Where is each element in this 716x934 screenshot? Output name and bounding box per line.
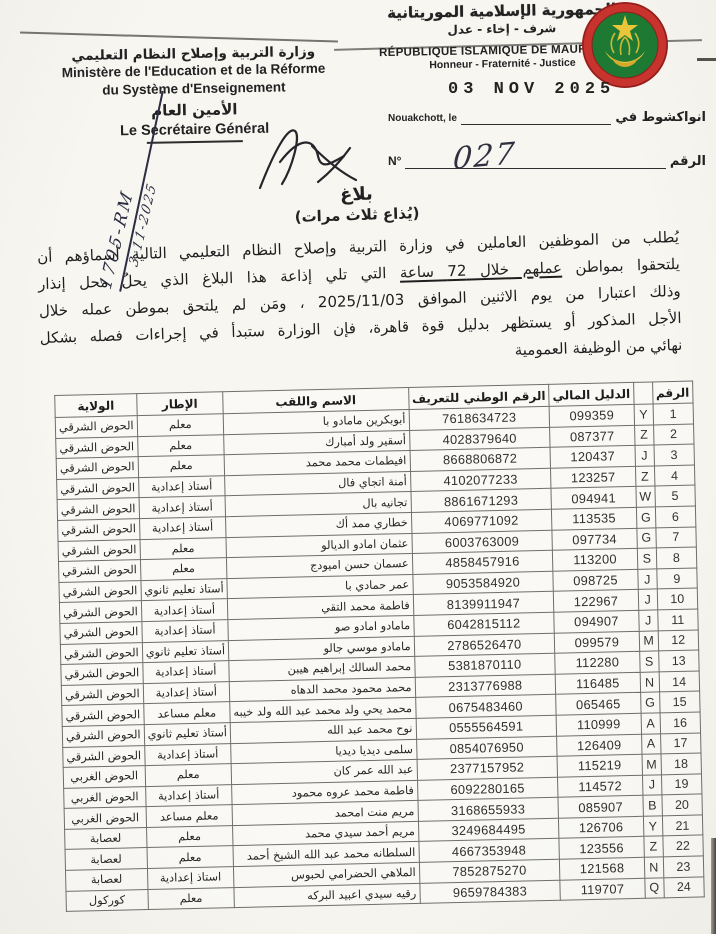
staff-table: الرقم الدليل المالي الرقم الوطني للتعريف… xyxy=(54,381,705,913)
cell-fin: 126706 xyxy=(559,816,644,839)
cell-cadre: معلم xyxy=(137,414,224,437)
cell-code: G xyxy=(640,692,659,713)
cell-n: 9 xyxy=(656,568,697,590)
header-code xyxy=(633,382,652,404)
cell-wilaya: الحوض الشرقي xyxy=(59,580,141,602)
handwritten-number: 027 xyxy=(452,136,518,177)
scan-edge-shadow xyxy=(711,838,716,934)
cell-fin: 123257 xyxy=(551,466,636,489)
cell-wilaya: الحوض الشرقي xyxy=(62,724,144,746)
cell-cadre: معلم مساعد xyxy=(146,805,233,828)
cell-wilaya: الحوض الشرقي xyxy=(60,622,142,644)
cell-cadre: أستاذ إعدادية xyxy=(138,475,225,498)
scan-fold-line-left xyxy=(20,32,338,43)
header-wilaya: الولاية xyxy=(55,394,137,418)
header-number: الرقم xyxy=(652,381,693,404)
cell-fin: 122967 xyxy=(553,590,638,613)
cell-fin: 116485 xyxy=(555,672,640,695)
cell-cadre: معلم xyxy=(138,455,225,478)
cell-cadre: معلم xyxy=(140,558,227,581)
cell-wilaya: الحوض الشرقي xyxy=(56,436,138,458)
cell-cadre: استاذ إعدادية xyxy=(147,867,234,890)
cell-fin: 126409 xyxy=(557,734,642,757)
cell-wilaya: لعصابة xyxy=(66,869,148,891)
communique-body: يُطلب من الموظفين العاملين في وزارة التر… xyxy=(37,224,683,379)
cell-n: 2 xyxy=(653,424,694,446)
cell-wilaya: لعصابة xyxy=(65,848,147,870)
cell-name: رقيه سيدي اعبيد البركه xyxy=(234,883,420,908)
cell-wilaya: الحوض الشرقي xyxy=(61,683,143,705)
cell-cadre: معلم xyxy=(148,887,235,910)
cell-code: A xyxy=(641,733,660,754)
cell-fin: 085907 xyxy=(558,796,643,819)
cell-fin: 121568 xyxy=(559,857,644,880)
cell-fin: 113200 xyxy=(552,549,637,572)
cell-code: S xyxy=(639,651,658,672)
reference-number-line: N° 027 الرقم xyxy=(388,138,706,169)
cell-code: M xyxy=(642,754,661,775)
cell-fin: 110999 xyxy=(556,713,641,736)
cell-n: 23 xyxy=(663,856,704,878)
cell-cadre: أستاذ إعدادية xyxy=(143,681,230,704)
cell-wilaya: لعصابة xyxy=(65,827,147,849)
cell-n: 14 xyxy=(659,671,700,693)
cell-wilaya: الحوض الشرقي xyxy=(61,663,143,685)
cell-wilaya: الحوض الغربي xyxy=(64,807,146,829)
cell-code: J xyxy=(639,610,658,631)
cell-fin: 094907 xyxy=(554,610,639,633)
header-financial-id: الدليل المالي xyxy=(549,382,634,406)
scanned-document-page: وزارة التربية وإصلاح النظام التعليمي Min… xyxy=(0,0,716,934)
cell-code: N xyxy=(644,857,663,878)
cell-code: J xyxy=(635,445,654,466)
cell-n: 8 xyxy=(656,547,697,569)
cell-cadre: أستاذ إعدادية xyxy=(142,620,229,643)
cell-cadre: أستاذ تعليم ثانوي xyxy=(141,578,228,601)
cell-wilaya: الحوض الشرقي xyxy=(62,704,144,726)
cell-cadre: معلم xyxy=(140,537,227,560)
cell-fin: 099359 xyxy=(549,404,634,427)
cell-nni: 9659784383 xyxy=(419,880,560,904)
cell-n: 13 xyxy=(658,650,699,672)
cell-n: 21 xyxy=(662,815,703,837)
cell-cadre: أستاذ إعدادية xyxy=(139,496,226,519)
cell-wilaya: الحوض الغربي xyxy=(63,766,145,788)
cell-wilaya: الحوض الشرقي xyxy=(57,498,139,520)
cell-wilaya: الحوض الشرقي xyxy=(57,477,139,499)
communique-section: بلاغ (يُذاع ثلاث مرات) يُطلب من الموظفين… xyxy=(35,174,682,379)
date-stamp: 03 NOV 2025 xyxy=(448,80,615,99)
cell-n: 16 xyxy=(660,712,701,734)
cell-fin: 119707 xyxy=(560,878,645,901)
cell-fin: 098725 xyxy=(553,569,638,592)
cell-wilaya: الحوض الشرقي xyxy=(60,642,142,664)
cell-n: 11 xyxy=(657,609,698,631)
cell-code: G xyxy=(637,527,656,548)
cell-code: Z xyxy=(644,836,663,857)
cell-fin: 099579 xyxy=(554,631,639,654)
cell-code: Y xyxy=(634,404,653,425)
number-fill-line: 027 xyxy=(405,138,665,169)
cell-wilaya: الحوض الغربي xyxy=(64,786,146,808)
cell-fin: 115219 xyxy=(557,754,642,777)
cell-fin: 087377 xyxy=(550,425,635,448)
header-cadre: الإطار xyxy=(136,392,223,416)
cell-n: 1 xyxy=(653,403,694,425)
cell-n: 4 xyxy=(654,465,695,487)
cell-n: 24 xyxy=(663,877,704,899)
table-body: 1Y0993597618634723أبوبكرين مامادو بامعلم… xyxy=(55,403,704,912)
cell-fin: 065465 xyxy=(556,693,641,716)
cell-n: 15 xyxy=(659,691,700,713)
cell-cadre: أستاذ إعدادية xyxy=(144,743,231,766)
cell-n: 3 xyxy=(654,444,695,466)
cell-cadre: معلم xyxy=(146,825,233,848)
cell-code: J xyxy=(638,589,657,610)
cell-n: 6 xyxy=(655,506,696,528)
cell-n: 20 xyxy=(662,794,703,816)
mauritania-seal-icon xyxy=(581,1,669,89)
cell-wilaya: الحوض الشرقي xyxy=(55,416,137,438)
scan-edge-dash xyxy=(697,58,716,61)
cell-n: 18 xyxy=(661,753,702,775)
cell-wilaya: كوركول xyxy=(66,889,148,911)
cell-wilaya: الحوض الشرقي xyxy=(59,601,141,623)
cell-wilaya: الحوض الشرقي xyxy=(63,745,145,767)
cell-wilaya: الحوض الشرقي xyxy=(58,560,140,582)
cell-code: J xyxy=(638,569,657,590)
cell-cadre: معلم xyxy=(137,434,224,457)
cell-fin: 094941 xyxy=(551,487,636,510)
place-date-line: Nouakchott, le انواكشوط في xyxy=(388,110,706,125)
cell-fin: 123556 xyxy=(559,837,644,860)
number-label-french: N° xyxy=(388,154,401,169)
cell-fin: 114572 xyxy=(558,775,643,798)
cell-code: J xyxy=(642,775,661,796)
cell-code: Q xyxy=(645,877,664,898)
cell-code: Y xyxy=(643,816,662,837)
cell-code: S xyxy=(637,548,656,569)
cell-cadre: أستاذ تعليم ثانوي xyxy=(142,640,229,663)
cell-cadre: أستاذ تعليم ثانوي xyxy=(144,723,231,746)
body-line-2-underlined: عملهم خلال 72 ساعة xyxy=(400,259,563,282)
cell-code: W xyxy=(636,486,655,507)
cell-code: A xyxy=(641,713,660,734)
cell-code: N xyxy=(640,672,659,693)
cell-cadre: معلم xyxy=(145,764,232,787)
cell-n: 7 xyxy=(655,527,696,549)
header-national-id: الرقم الوطني للتعريف xyxy=(408,384,549,409)
cell-wilaya: الحوض الشرقي xyxy=(58,519,140,541)
cell-n: 5 xyxy=(655,485,696,507)
cell-n: 19 xyxy=(661,774,702,796)
cell-n: 12 xyxy=(658,630,699,652)
cell-wilaya: الحوض الشرقي xyxy=(56,457,138,479)
staff-table-wrapper: الرقم الدليل المالي الرقم الوطني للتعريف… xyxy=(54,381,680,912)
cell-fin: 113535 xyxy=(552,507,637,530)
cell-code: B xyxy=(643,795,662,816)
cell-cadre: أستاذ إعدادية xyxy=(142,661,229,684)
cell-cadre: أستاذ إعدادية xyxy=(139,517,226,540)
cell-fin: 097734 xyxy=(552,528,637,551)
cell-wilaya: الحوض الشرقي xyxy=(58,539,140,561)
cell-code: Z xyxy=(635,466,654,487)
place-label-arabic: انواكشوط في xyxy=(615,110,706,125)
cell-cadre: أستاذ إعدادية xyxy=(141,599,228,622)
place-label-french: Nouakchott, le xyxy=(388,113,457,125)
date-fill-line xyxy=(461,112,612,125)
cell-fin: 120437 xyxy=(550,446,635,469)
cell-n: 10 xyxy=(657,588,698,610)
cell-code: G xyxy=(636,507,655,528)
cell-cadre: معلم مساعد xyxy=(143,702,230,725)
cell-n: 17 xyxy=(660,732,701,754)
cell-cadre: أستاذ إعدادية xyxy=(145,784,232,807)
cell-code: Z xyxy=(634,425,653,446)
cell-n: 22 xyxy=(662,835,703,857)
number-label-arabic: الرقم xyxy=(670,154,706,169)
cell-fin: 112280 xyxy=(555,651,640,674)
body-line-2-pre: يلتحقوا بمواطن xyxy=(562,255,680,277)
cell-code: M xyxy=(639,630,658,651)
cell-cadre: معلم xyxy=(147,846,234,869)
